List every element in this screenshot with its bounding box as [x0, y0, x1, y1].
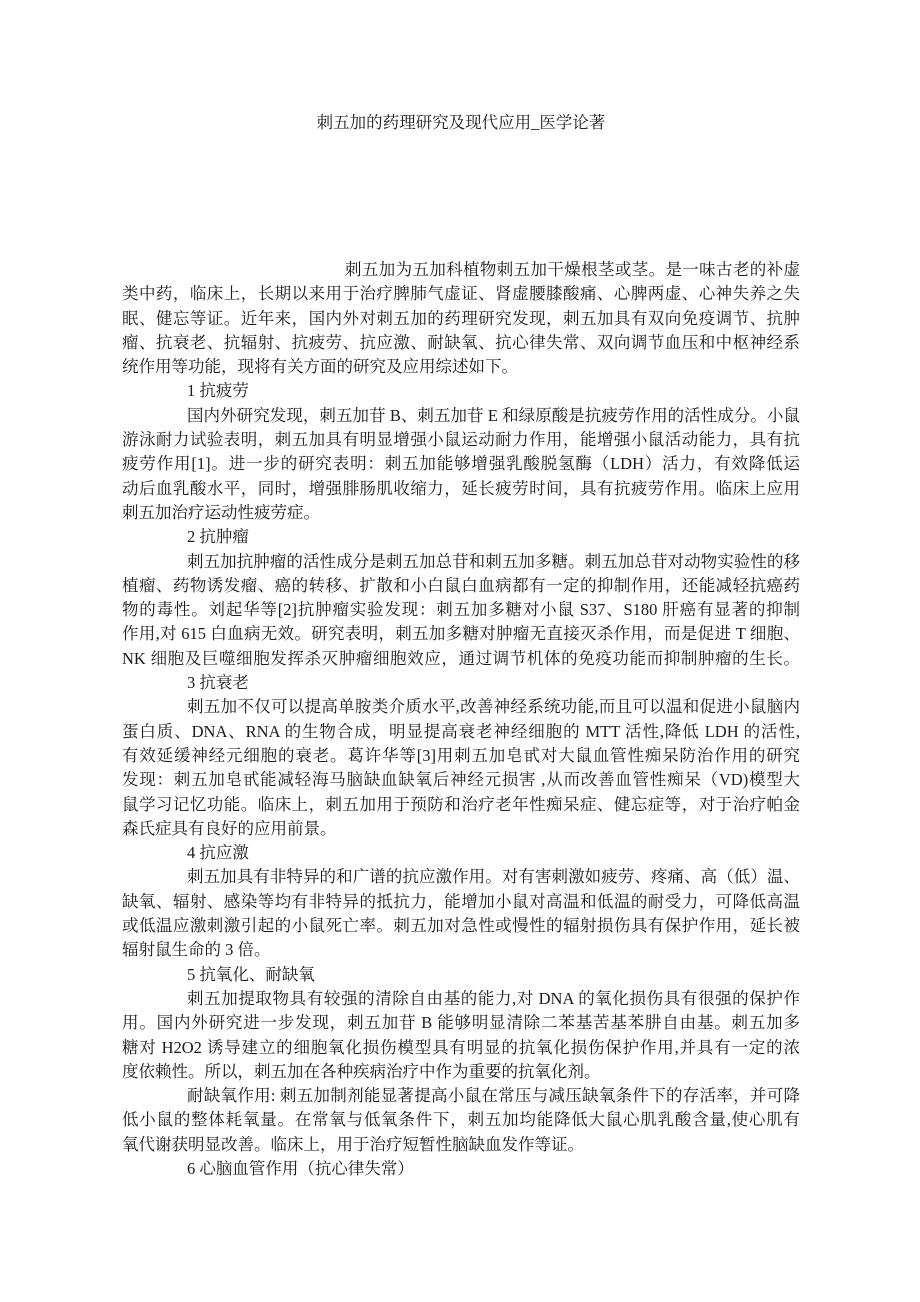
text-line: 刺五加具有非特异的和广谱的抗应激作用。对有害刺激如疲劳、疼痛、高（低）温、 — [122, 865, 800, 889]
text-line: 氧代谢获明显改善。临床上，用于治疗短暂性脑缺血发作等证。 — [122, 1133, 800, 1157]
text-line: 瘤、抗衰老、抗辐射、抗疲劳、抗应激、耐缺氧、抗心律失常、双向调节血压和中枢神经系 — [122, 331, 800, 355]
text-line: 辐射鼠生命的 3 倍。 — [122, 938, 800, 962]
text-line: 统作用等功能，现将有关方面的研究及应用综述如下。 — [122, 355, 800, 379]
text-line: 鼠学习记忆功能。临床上，刺五加用于预防和治疗老年性痴呆症、健忘症等，对于治疗帕金 — [122, 793, 800, 817]
text-line: 度依赖性。所以，刺五加在各种疾病治疗中作为重要的抗氧化剂。 — [122, 1060, 800, 1084]
text-line: 眠、健忘等证。近年来，国内外对刺五加的药理研究发现，刺五加具有双向免疫调节、抗肿 — [122, 307, 800, 331]
text-line: 森氏症具有良好的应用前景。 — [122, 817, 800, 841]
text-line: 疲劳作用[1]。进一步的研究表明：刺五加能够增强乳酸脱氢酶（LDH）活力，有效降… — [122, 452, 800, 476]
text-line: 刺五加治疗运动性疲劳症。 — [122, 501, 800, 525]
text-line: 耐缺氧作用: 刺五加制剂能显著提高小鼠在常压与减压缺氧条件下的存活率，并可降 — [122, 1084, 800, 1108]
text-line: 3 抗衰老 — [122, 671, 800, 695]
text-line: 有效延缓神经元细胞的衰老。葛许华等[3]用刺五加皂甙对大鼠血管性痴呆防治作用的研… — [122, 744, 800, 768]
text-line: 或低温应激刺激引起的小鼠死亡率。刺五加对急性或慢性的辐射损伤具有保护作用，延长被 — [122, 914, 800, 938]
text-line: 游泳耐力试验表明，刺五加具有明显增强小鼠运动耐力作用，能增强小鼠活动能力，具有抗 — [122, 428, 800, 452]
text-line: 作用,对 615 白血病无效。研究表明，刺五加多糖对肿瘤无直接灭杀作用，而是促进… — [122, 622, 800, 646]
text-line: 用。国内外研究进一步发现，刺五加苷 B 能够明显清除二苯基苦基苯肼自由基。刺五加… — [122, 1011, 800, 1035]
text-line: 类中药，临床上，长期以来用于治疗脾肺气虚证、肾虚腰膝酸痛、心脾两虚、心神失养之失 — [122, 282, 800, 306]
text-line: 发现：刺五加皂甙能减轻海马脑缺血缺氧后神经元损害 ,从而改善血管性痴呆（VD)模… — [122, 768, 800, 792]
text-line: 刺五加提取物具有较强的清除自由基的能力,对 DNA 的氧化损伤具有很强的保护作 — [122, 987, 800, 1011]
text-line: 动后血乳酸水平，同时，增强腓肠肌收缩力，延长疲劳时间，具有抗疲劳作用。临床上应用 — [122, 477, 800, 501]
text-line: 国内外研究发现，刺五加苷 B、刺五加苷 E 和绿原酸是抗疲劳作用的活性成分。小鼠 — [122, 404, 800, 428]
text-line: 5 抗氧化、耐缺氧 — [122, 963, 800, 987]
text-line: 4 抗应激 — [122, 841, 800, 865]
text-line: 刺五加不仅可以提高单胺类介质水平,改善神经系统功能,而且可以温和促进小鼠脑内 — [122, 695, 800, 719]
text-line: 刺五加为五加科植物刺五加干燥根茎或茎。是一味古老的补虚 — [122, 258, 800, 282]
document-body: 刺五加为五加科植物刺五加干燥根茎或茎。是一味古老的补虚类中药，临床上，长期以来用… — [122, 258, 800, 1181]
document-page: 刺五加的药理研究及现代应用_医学论著 刺五加为五加科植物刺五加干燥根茎或茎。是一… — [0, 0, 920, 1302]
text-line: 低小鼠的整体耗氧量。在常氧与低氧条件下，刺五加均能降低大鼠心肌乳酸含量,使心肌有 — [122, 1108, 800, 1132]
text-line: 缺氧、辐射、感染等均有非特异的抵抗力，能增加小鼠对高温和低温的耐受力，可降低高温 — [122, 890, 800, 914]
text-line: 物的毒性。刘起华等[2]抗肿瘤实验发现：刺五加多糖对小鼠 S37、S180 肝癌… — [122, 598, 800, 622]
text-line: NK 细胞及巨噬细胞发挥杀灭肿瘤细胞效应，通过调节机体的免疫功能而抑制肿瘤的生长… — [122, 647, 800, 671]
text-line: 植瘤、药物诱发瘤、癌的转移、扩散和小白鼠白血病都有一定的抑制作用，还能减轻抗癌药 — [122, 574, 800, 598]
text-line: 1 抗疲劳 — [122, 379, 800, 403]
text-line: 刺五加抗肿瘤的活性成分是刺五加总苷和刺五加多糖。刺五加总苷对动物实验性的移 — [122, 550, 800, 574]
text-line: 糖对 H2O2 诱导建立的细胞氧化损伤模型具有明显的抗氧化损伤保护作用,并具有一… — [122, 1036, 800, 1060]
document-title: 刺五加的药理研究及现代应用_医学论著 — [122, 111, 800, 135]
text-line: 6 心脑血管作用（抗心律失常） — [122, 1157, 800, 1181]
text-line: 蛋白质、DNA、RNA 的生物合成，明显提高衰老神经细胞的 MTT 活性,降低 … — [122, 720, 800, 744]
text-line: 2 抗肿瘤 — [122, 525, 800, 549]
